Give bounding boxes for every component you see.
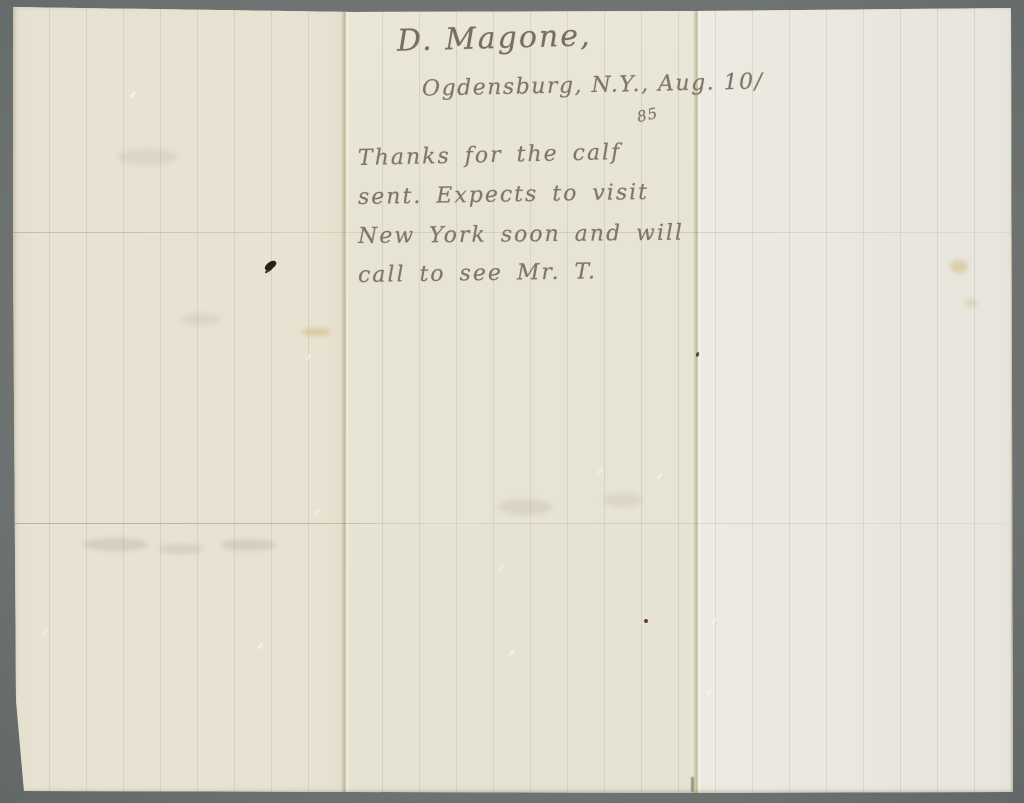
paper-panel-left	[13, 7, 345, 793]
body-line: call to see Mr. T.	[358, 251, 685, 295]
body-line: New York soon and will	[358, 214, 684, 256]
letter-body: Thanks for the calf sent. Expects to vis…	[358, 139, 684, 295]
letter-page: D. Magone, Ogdensburg, N.Y., Aug. 10/ 85…	[13, 7, 1013, 793]
scan-backdrop: D. Magone, Ogdensburg, N.Y., Aug. 10/ 85…	[0, 0, 1024, 803]
paper-panel-right	[697, 7, 1013, 793]
header-name: D. Magone,	[397, 18, 592, 58]
body-line: Thanks for the calf	[358, 132, 685, 178]
body-line: sent. Expects to visit	[358, 172, 685, 217]
